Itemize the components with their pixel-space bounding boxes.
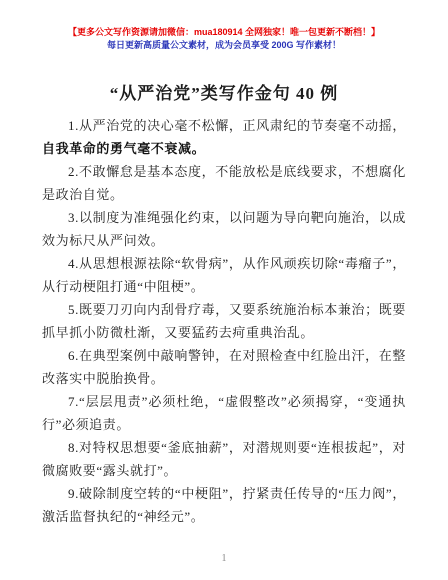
paragraph-7: 7.“层层甩责”必须杜绝，“虚假整改”必须揭穿，“变通执行”必须追责。 [42, 390, 406, 436]
paragraph-2-text: 2.不敢懈怠是基本态度，不能放松是底线要求，不想腐化是政治自觉。 [42, 164, 406, 202]
paragraph-4: 4.从思想根源祛除“软骨病”，从作风顽疾切除“毒瘤子”，从行动梗阻打通“中阻梗”… [42, 252, 406, 298]
document-page: 【更多公文写作资源请加微信：mua180914 全网独家！唯一包更新不断档！】 … [0, 0, 448, 580]
paragraph-5: 5.既要刀刃向内刮骨疗毒，又要系统施治标本兼治；既要抓早抓小防微杜渐，又要猛药去… [42, 298, 406, 344]
paragraph-8: 8.对特权思想要“釜底抽薪”，对潜规则要“连根拔起”，对微腐败要“露头就打”。 [42, 436, 406, 482]
paragraph-1-text: 1.从严治党的决心毫不松懈，正风肃纪的节奏毫不动摇， [68, 118, 406, 133]
paragraph-1-bold-text: 自我革命的勇气毫不衰减。 [42, 141, 205, 156]
paragraph-3: 3.以制度为准绳强化约束，以问题为导向靶向施治，以成效为标尺从严问效。 [42, 206, 406, 252]
paragraph-7-text: 7.“层层甩责”必须杜绝，“虚假整改”必须揭穿，“变通执行”必须追责。 [42, 394, 406, 432]
paragraph-6: 6.在典型案例中敲响警钟，在对照检查中红脸出汗，在整改落实中脱胎换骨。 [42, 344, 406, 390]
paragraph-6-text: 6.在典型案例中敲响警钟，在对照检查中红脸出汗，在整改落实中脱胎换骨。 [42, 348, 406, 386]
ad-line-blue: 每日更新高质量公文素材，成为会员享受 200G 写作素材！ [42, 39, 406, 51]
paragraph-3-text: 3.以制度为准绳强化约束，以问题为导向靶向施治，以成效为标尺从严问效。 [42, 210, 406, 248]
page-number: 1 [0, 553, 448, 564]
document-title: “从严治党”类写作金句 40 例 [42, 83, 406, 104]
ad-banner: 【更多公文写作资源请加微信：mua180914 全网独家！唯一包更新不断档！】 … [42, 26, 406, 51]
paragraph-9: 9.破除制度空转的“中梗阻”，拧紧责任传导的“压力阀”，激活监督执纪的“神经元”… [42, 482, 406, 528]
ad-line-red: 【更多公文写作资源请加微信：mua180914 全网独家！唯一包更新不断档！】 [42, 26, 406, 38]
paragraph-4-text: 4.从思想根源祛除“软骨病”，从作风顽疾切除“毒瘤子”，从行动梗阻打通“中阻梗”… [42, 256, 406, 294]
paragraph-9-text: 9.破除制度空转的“中梗阻”，拧紧责任传导的“压力阀”，激活监督执纪的“神经元”… [42, 486, 406, 524]
paragraph-5-text: 5.既要刀刃向内刮骨疗毒，又要系统施治标本兼治；既要抓早抓小防微杜渐，又要猛药去… [42, 302, 406, 340]
paragraph-2: 2.不敢懈怠是基本态度，不能放松是底线要求，不想腐化是政治自觉。 [42, 160, 406, 206]
document-body: 1.从严治党的决心毫不松懈，正风肃纪的节奏毫不动摇，自我革命的勇气毫不衰减。 2… [42, 114, 406, 528]
paragraph-8-text: 8.对特权思想要“釜底抽薪”，对潜规则要“连根拔起”，对微腐败要“露头就打”。 [42, 440, 406, 478]
paragraph-1: 1.从严治党的决心毫不松懈，正风肃纪的节奏毫不动摇，自我革命的勇气毫不衰减。 [42, 114, 406, 160]
